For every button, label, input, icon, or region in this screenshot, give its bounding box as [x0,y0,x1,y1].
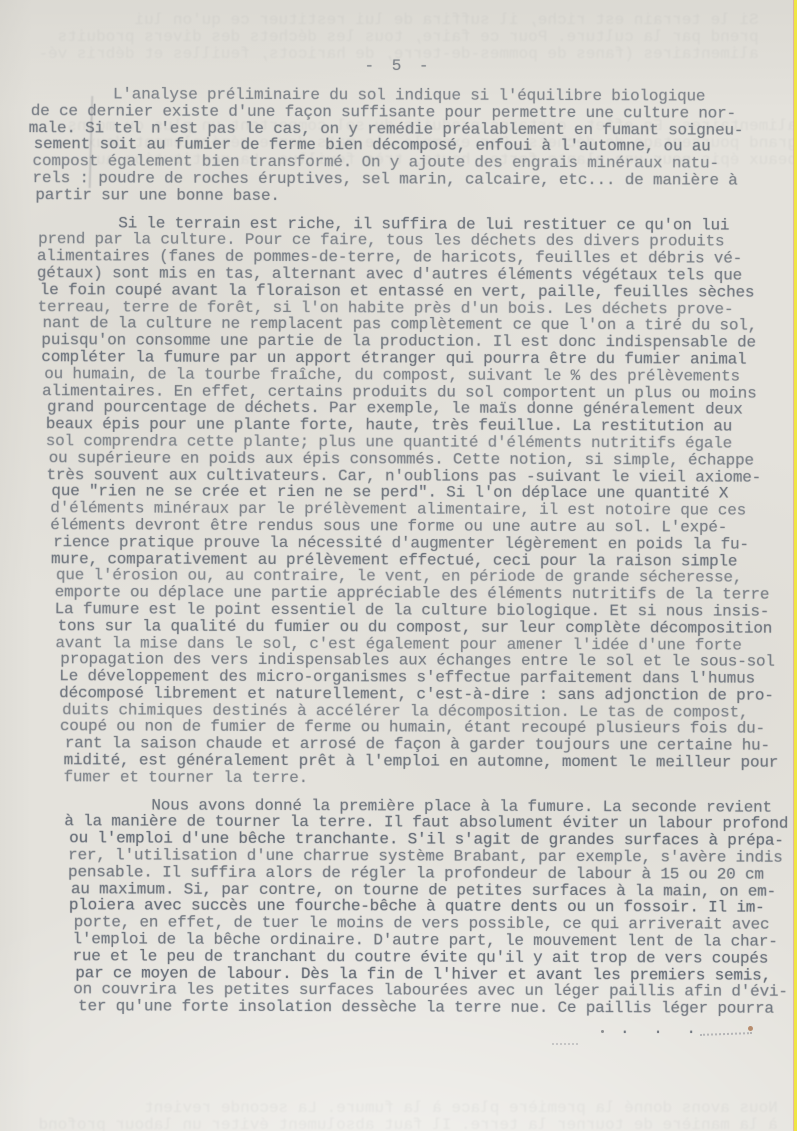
document-body: L'analyse préliminaire du sol indique si… [0,86,797,1029]
text-line: partir sur une bonne base. [35,187,796,206]
pencil-mark [700,1032,752,1036]
paper-speck [601,1030,604,1033]
bleedthrough-text: Si le terrain est riche, il suffira de l… [0,12,797,62]
page-number: - 5 - [0,57,797,75]
paragraph: Si le terrain est riche, il suffira de l… [0,215,797,789]
pencil-mark [552,1043,578,1045]
scan-edge-strip [793,0,797,1131]
text-line: fumer et tourner la terre. [64,769,795,788]
scanned-page: Si le terrain est riche, il suffira de l… [0,0,797,1131]
text-line: ter qu'une forte insolation dessèche la … [78,999,794,1018]
paragraph: Nous avons donné la première place à la … [0,797,795,1018]
continuation-dots: . . . [620,1020,703,1038]
paper-speck [748,1026,753,1031]
paragraph: L'analyse préliminaire du sol indique si… [0,86,797,206]
bleedthrough-text: Nous avons donné la première place à la … [0,1100,797,1131]
